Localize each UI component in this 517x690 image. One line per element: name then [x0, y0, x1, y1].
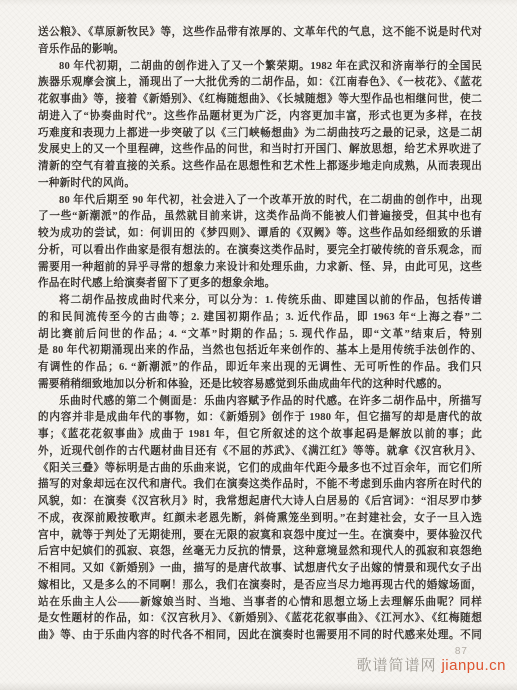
text-line: 80 年代初期，二胡曲的创作进入了又一个繁荣期。1982 年在武汉和济南举行的全… — [38, 59, 482, 76]
text-line: 分析，可以看出作曲家是很有想法的。在演奏这类作品时，要完全打破传统的音乐观念，而 — [38, 243, 482, 260]
scanned-book-page: 送公粮》、《草原新牧民》等，这些作品带有浓厚的、文革年代的气息，这不能不说是时代… — [0, 0, 517, 690]
text-line: 站在乐曲主人公——新嫁娘当时、当地、当事者的心情和思想立场上去理解乐曲呢？同样 — [38, 595, 482, 612]
page-number: 87 — [455, 646, 468, 657]
text-line: 花叙事曲》等，接着《新婚别》、《红梅随想曲》、《长城随想》等大型作品也相继问世，… — [38, 92, 482, 109]
text-line: 不成，夜深前殿按歌声。红颜未老恩先断，斜倚熏笼坐到明。”在封建社会，女子一旦入选 — [38, 511, 482, 528]
text-line: 嫁相比，又是多么的不同啊！那么，我们在演奏时，是否应当尽力地再现古代的婚嫁场面， — [38, 578, 482, 595]
text-line: 一种新时代的风尚。 — [38, 176, 482, 193]
text-line: 的和民间流传至今的古曲等；2. 建国初期作品；3. 近代作品，即 1963 年“… — [38, 310, 482, 327]
text-line: 清新的空气有着直接的关系。这些作品在思想性和艺术性上都逐步地走向成熟，从而表现出 — [38, 159, 482, 176]
text-line: 外，近现代创作的古代题材曲目还有《不屈的苏武》、《满江红》等等。就拿《汉宫秋月》… — [38, 444, 482, 461]
text-line: 事；《蓝花花叙事曲》成曲于 1981 年，但它所叙述的这个故事起码是解放以前的事… — [38, 427, 482, 444]
text-line: 音乐作品的影响。 — [38, 42, 482, 59]
text-line: 有调性的作品；6. “新潮派”的作品，即近年来出现的无调性、无可听性的作品。我们… — [38, 360, 482, 377]
text-line: 将二胡作品按成曲时代来分，可以分为：1. 传统乐曲、即建国以前的作品，包括传谱 — [38, 293, 482, 310]
text-line: 胡进入了“协奏曲时代”。这些作品题材更为广泛，内容更加丰富，形式也更为多样，在技 — [38, 109, 482, 126]
text-line: 后宫中妃嫔们的孤寂、哀怨，丝毫无力反抗的情景，这种意境显然和现代人的孤寂和哀怨绝 — [38, 544, 482, 561]
text-line: 巧难度和表现力上都进一步突破了以《三门峡畅想曲》为二胡曲技巧之最的记录，这是二胡 — [38, 126, 482, 143]
text-line: 胡比赛前后问世的作品；4. “文革”时期的作品；5. 现代作品，即“文革”结束后… — [38, 327, 482, 344]
text-line: 宫中，就等于判处了无期徒刑，要在无限的寂寞和哀怨中度过一生。在演奏中，要体验汉代 — [38, 528, 482, 545]
text-line: 是 80 年代初期涌现出来的作品，当然也包括近年来创作的、基本上是用传统手法创作… — [38, 343, 482, 360]
watermark-site-url: jianpu.cn — [441, 657, 506, 674]
text-line: 《阳关三叠》等标明是古曲的乐曲来说，它们的成曲年代距今最多也不过百余年，而它们所 — [38, 461, 482, 478]
body-text: 送公粮》、《草原新牧民》等，这些作品带有浓厚的、文革年代的气息，这不能不说是时代… — [38, 25, 482, 645]
text-line: 描写的对象却远在汉代和唐代。我们在演奏这类作品时，不能不考虑到乐曲内容所在时代的 — [38, 477, 482, 494]
text-line: 送公粮》、《草原新牧民》等，这些作品带有浓厚的、文革年代的气息，这不能不说是时代… — [38, 25, 482, 42]
text-line: 较为成功的尝试，如：何训田的《梦四则》、谭盾的《双阙》等。这些作品如经细致的乐谱 — [38, 226, 482, 243]
text-line: 乐曲时代感的第二个侧面是：乐曲内容赋予作品的时代感。在许多二胡作品中，所描写 — [38, 394, 482, 411]
text-line: 是女性题材的作品，如：《汉宫秋月》、《新婚别》、《蓝花花叙事曲》、《江河水》、《… — [38, 611, 482, 628]
text-line: 发展史上的又一个里程碑，这些作品的问世，和当时打开国门、解放思想，给艺术界吹进了 — [38, 142, 482, 159]
text-line: 不相同。又如《新婚别》一曲，描写的是唐代故事、试想唐代女子出嫁的情景和现代女子出 — [38, 561, 482, 578]
text-line: 了一些“新潮派”的作品，虽然就目前来讲，这类作品尚不能被人们普遍接受，但其中也有 — [38, 209, 482, 226]
watermark: 歌谱简谱网jianpu.cn — [356, 657, 506, 675]
watermark-site-name: 歌谱简谱网 — [356, 657, 436, 674]
text-line: 族器乐观摩会演上，涌现出了一大批优秀的二胡作品，如：《江南春色》、《一枝花》、《… — [38, 75, 482, 92]
text-line: 作品在时代感上给演奏者留下了更多的想象余地。 — [38, 276, 482, 293]
text-line: 需要稍稍细致地加以分析和体验，还是比较容易感觉到乐曲成曲年代的这种时代感的。 — [38, 377, 482, 394]
text-line: 的内容并非是成曲年代的事物，如：《新婚别》创作于 1980 年，但它描写的却是唐… — [38, 410, 482, 427]
text-line: 需要用一种超前的异乎寻常的想象力来设计和处理乐曲，力求新、怪、异，由此可见，这些 — [38, 260, 482, 277]
text-line: 曲》等、由于乐曲内容的时代各不相同，因此在演奏时也需要用不同的时代感来处理。不同 — [38, 628, 482, 645]
text-line: 风貌，如：在演奏《汉宫秋月》时，我常想起唐代大诗人白居易的《后宫词》：“泪尽罗巾… — [38, 494, 482, 511]
text-line: 80 年代后期至 90 年代初，社会进入了一个改革开放的时代，在二胡曲的创作中，… — [38, 193, 482, 210]
